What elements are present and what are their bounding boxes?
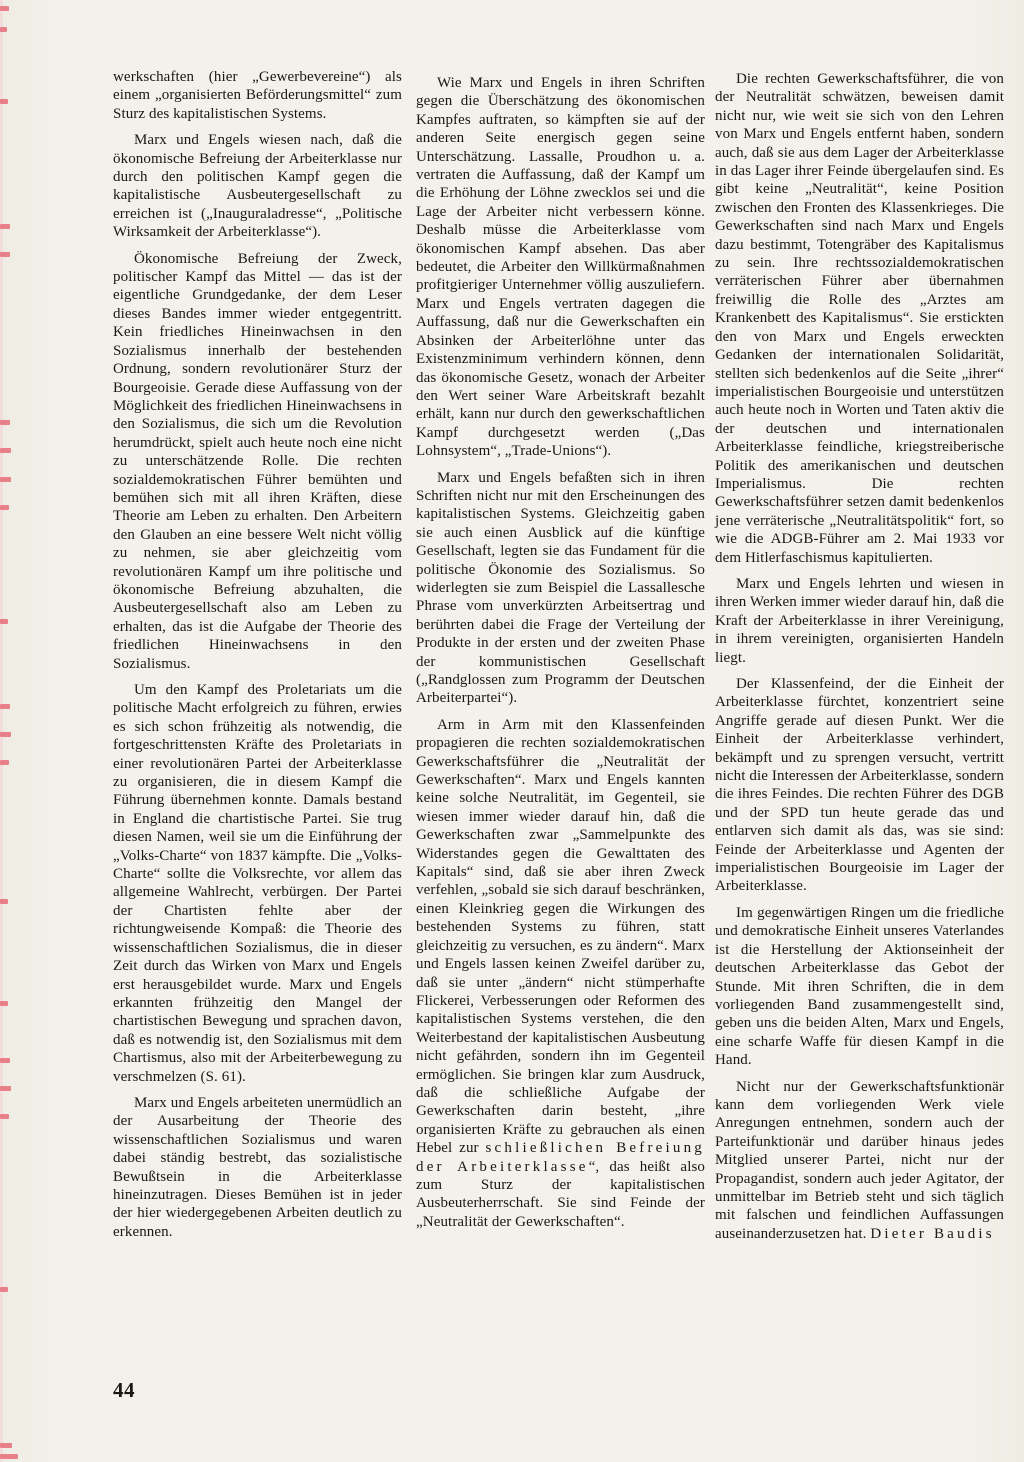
body-text: Marx und Engels befaßten sich in ihren S… [416, 470, 705, 707]
letterspaced-text: Dieter Baudis [870, 1226, 995, 1242]
body-text: Arm in Arm mit den Klassenfeinden propag… [416, 717, 705, 1156]
text-column-middle: Wie Marx und Engels in ihren Schriften g… [416, 74, 705, 1239]
body-text: Der Klassenfeind, der die Einheit der Ar… [715, 676, 1004, 894]
body-text: Im gegenwärtigen Ringen um die friedlich… [715, 905, 1004, 1068]
scan-edge-mark [0, 1058, 10, 1063]
paragraph: Marx und Engels lehrten und wiesen in ih… [715, 575, 1004, 667]
paragraph: Marx und Engels befaßten sich in ihren S… [416, 469, 705, 708]
scan-edge-mark [0, 899, 8, 904]
paragraph: Die rechten Gewerkschaftsführer, die von… [715, 70, 1004, 567]
body-text: Die rechten Gewerkschaftsführer, die von… [715, 71, 1004, 566]
body-text: Wie Marx und Engels in ihren Schriften g… [416, 75, 705, 459]
body-text: Um den Kampf des Proletariats um die pol… [113, 682, 402, 1085]
scan-edge-mark [0, 224, 10, 229]
paragraph: Marx und Engels wiesen nach, daß die öko… [113, 131, 402, 241]
body-text: Nicht nur der Gewerkschaftsfunktionär ka… [715, 1079, 1004, 1242]
body-text: Marx und Engels wiesen nach, daß die öko… [113, 132, 402, 240]
paragraph: Arm in Arm mit den Klassenfeinden propag… [416, 716, 705, 1231]
scan-edge-mark [0, 1001, 8, 1006]
paragraph: Im gegenwärtigen Ringen um die friedlich… [715, 904, 1004, 1070]
scan-edge-mark [0, 448, 11, 453]
text-column-right: Die rechten Gewerkschaftsführer, die von… [715, 70, 1004, 1251]
scan-edge-mark [0, 27, 7, 32]
scan-edge-mark [0, 1287, 8, 1292]
scan-edge-mark [0, 1454, 18, 1459]
scan-edge-mark [0, 760, 9, 765]
paragraph: Um den Kampf des Proletariats um die pol… [113, 681, 402, 1086]
scan-edge-strip [0, 0, 3, 1462]
paragraph: Marx und Engels arbeiteten unermüdlich a… [113, 1094, 402, 1241]
scan-edge-mark [0, 1443, 12, 1448]
body-text: Marx und Engels lehrten und wiesen in ih… [715, 576, 1004, 666]
page-number: 44 [113, 1378, 135, 1403]
scan-edge-mark [0, 704, 10, 709]
scan-edge-mark [0, 420, 10, 425]
scan-edge-mark [0, 99, 8, 104]
paragraph: werkschaften (hier „Gewerbevereine“) als… [113, 68, 402, 123]
body-text: werkschaften (hier „Gewerbevereine“) als… [113, 69, 402, 122]
text-column-left: werkschaften (hier „Gewerbevereine“) als… [113, 68, 402, 1249]
paragraph: Wie Marx und Engels in ihren Schriften g… [416, 74, 705, 461]
scan-edge-mark [0, 505, 9, 510]
body-text: Ökonomische Befreiung der Zweck, politis… [113, 251, 402, 672]
paragraph: Nicht nur der Gewerkschaftsfunktionär ka… [715, 1078, 1004, 1244]
scan-edge-mark [0, 477, 11, 482]
scan-edge-mark [0, 1086, 11, 1091]
scan-edge-mark [0, 1114, 9, 1119]
scan-edge-mark [0, 6, 9, 11]
scan-edge-mark [0, 732, 11, 737]
body-text: Marx und Engels arbeiteten unermüdlich a… [113, 1095, 402, 1240]
scan-edge-mark [0, 619, 8, 624]
paragraph: Ökonomische Befreiung der Zweck, politis… [113, 250, 402, 673]
scan-edge-mark [0, 252, 10, 257]
paragraph: Der Klassenfeind, der die Einheit der Ar… [715, 675, 1004, 896]
scanned-document-page: werkschaften (hier „Gewerbevereine“) als… [0, 0, 1024, 1462]
